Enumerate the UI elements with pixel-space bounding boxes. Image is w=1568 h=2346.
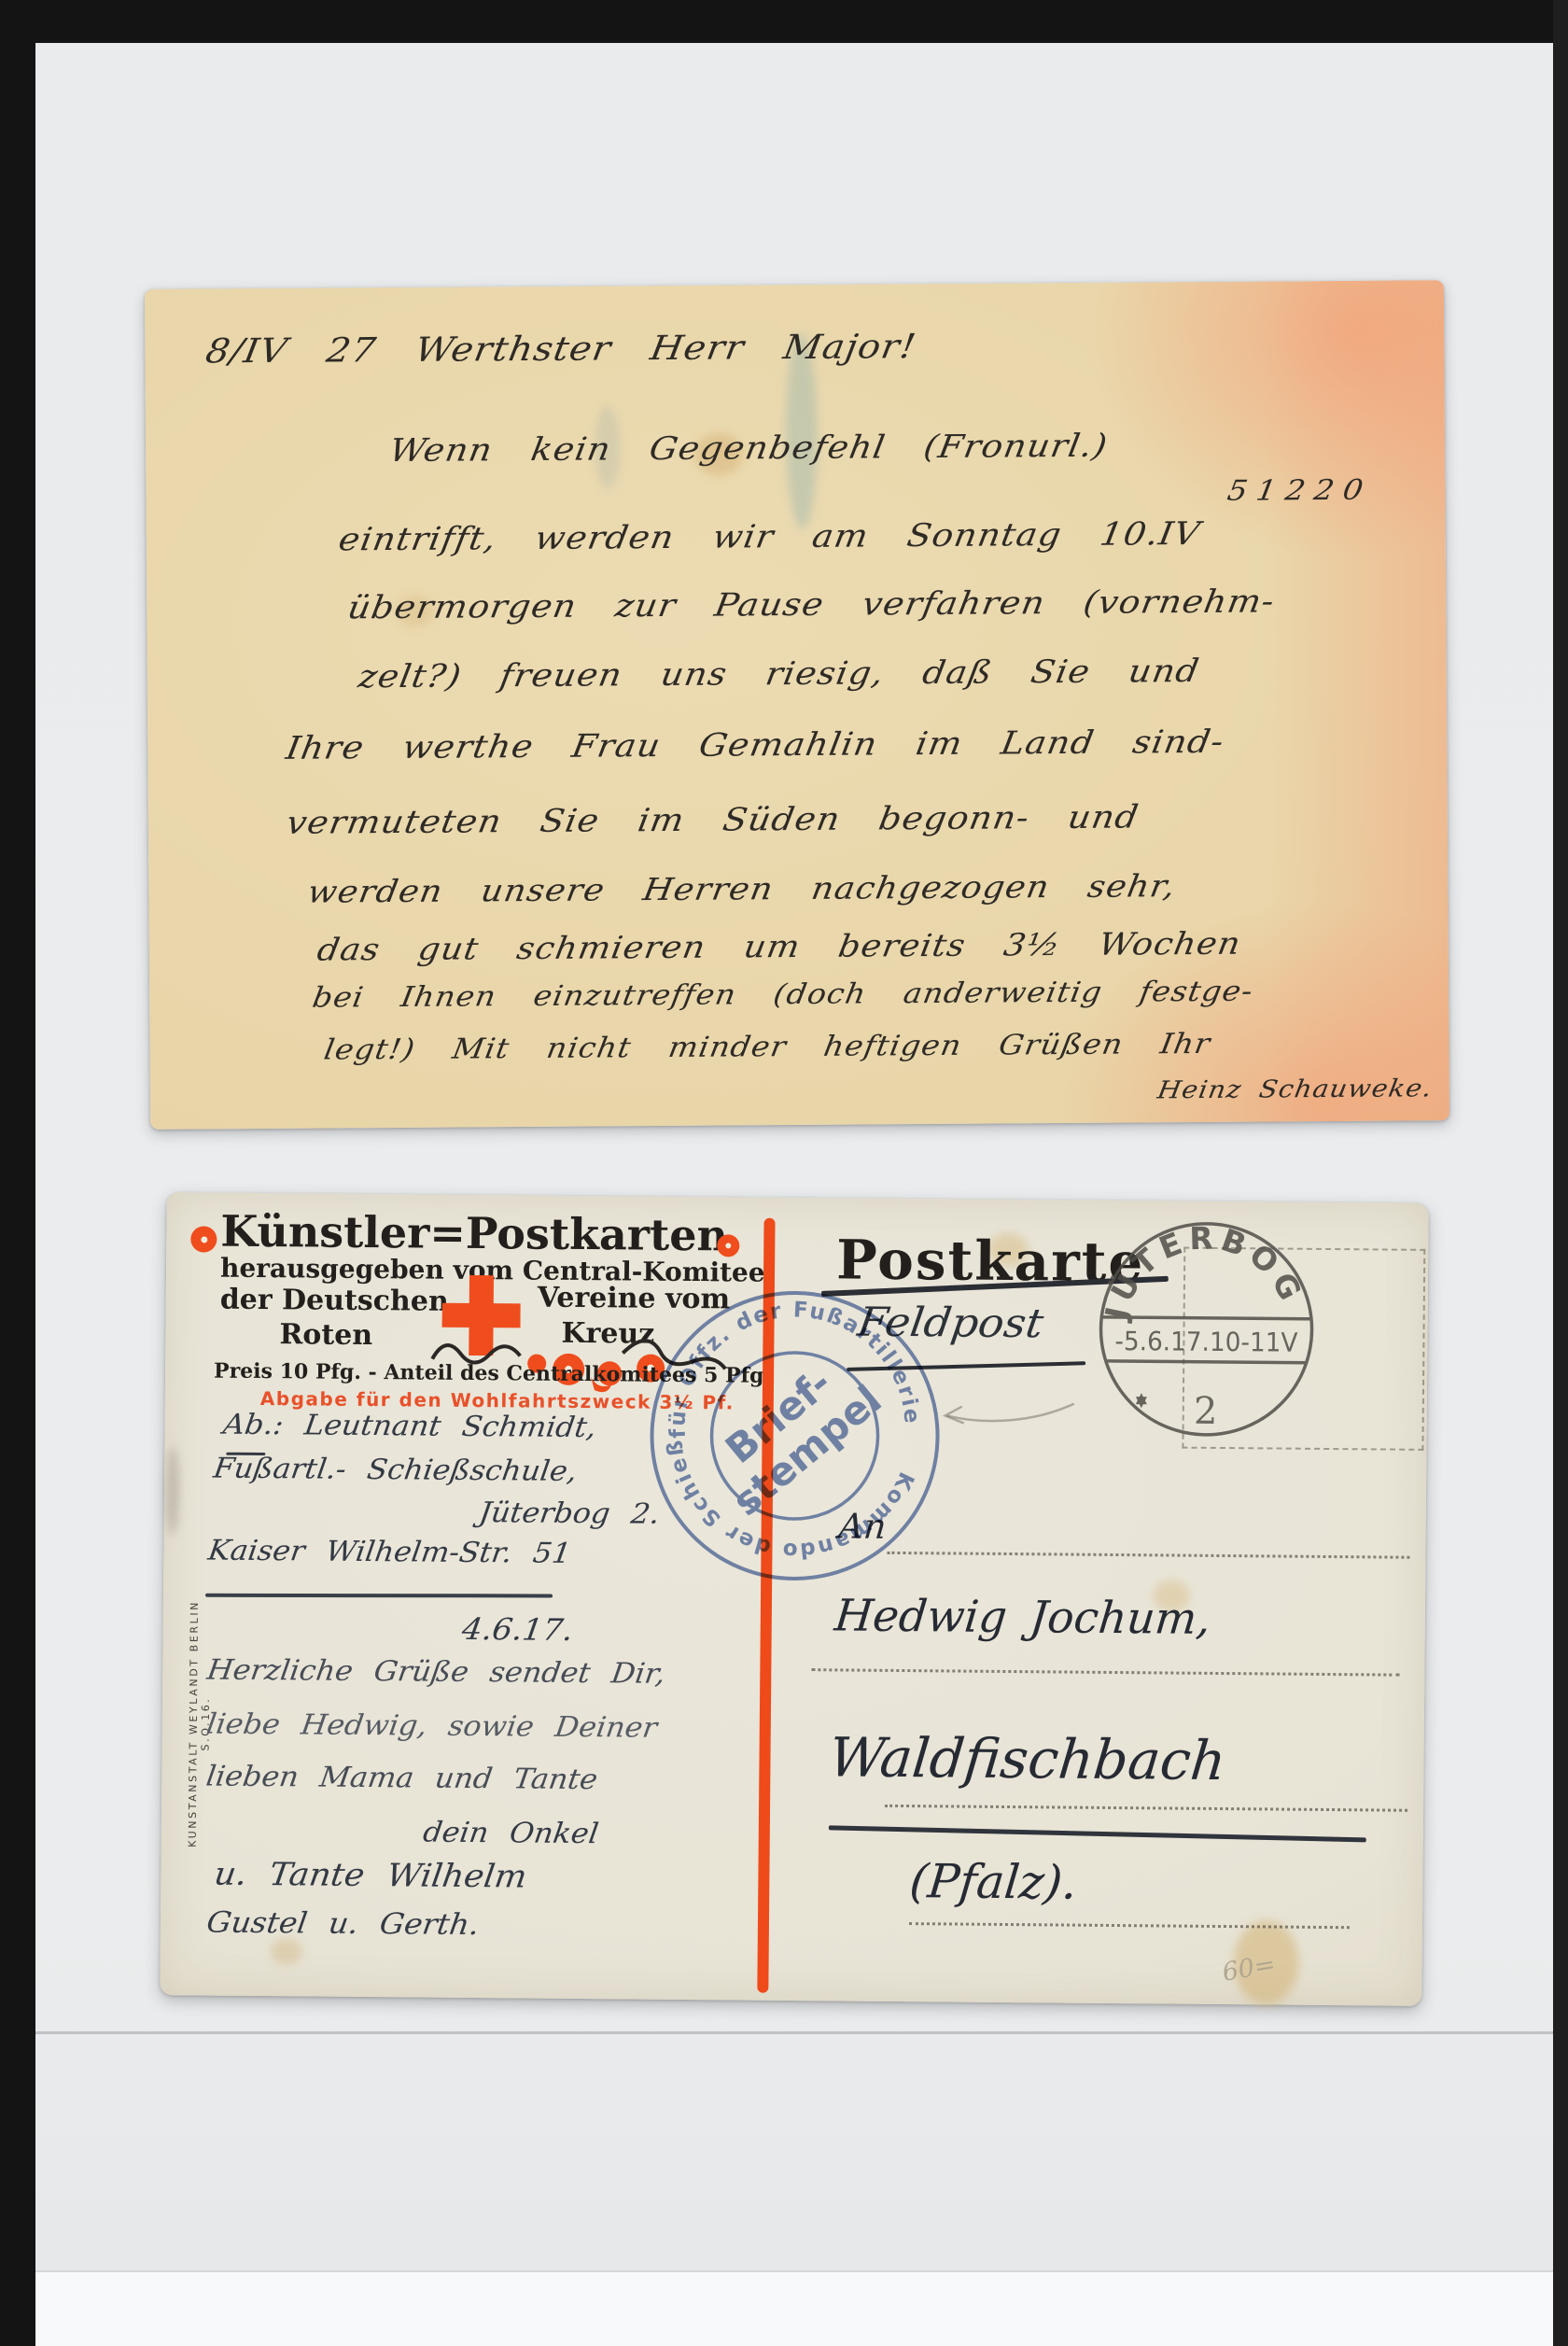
frame-left [0, 0, 35, 2346]
handwritten-line: 8/IV 27 Werthster Herr Major! [203, 328, 918, 371]
handwritten-line: werden unsere Herren nachgezogen sehr, [305, 867, 1179, 910]
rosette-icon [190, 1226, 217, 1252]
handwritten-line: eintrifft, werden wir am Sonntag 10.IV [336, 515, 1203, 558]
publisher-line: Roten [279, 1318, 372, 1352]
sender-line: Ab.: Leutnant Schmidt, [221, 1409, 598, 1444]
message-line: Gustel u. Gerth. [204, 1906, 482, 1943]
top-postcard: 8/IV 27 Werthster Herr Major! Wenn kein … [145, 280, 1449, 1130]
handwritten-line: vermuteten Sie im Süden begonn- und [284, 798, 1141, 841]
address-town: Waldfischbach [826, 1725, 1228, 1792]
postmark-town: JÜTERBOG [1098, 1218, 1312, 1326]
handwritten-line: Wenn kein Gegenbefehl (Fronurl.) [386, 428, 1111, 470]
bottom-postcard: Künstler=Postkarten herausgegeben vom Ce… [160, 1192, 1428, 2006]
edge-smudge [166, 1446, 180, 1536]
publisher-line: der Deutschen [220, 1284, 449, 1318]
pencil-arrow-icon [938, 1393, 1078, 1435]
address-dotted-line [811, 1668, 1399, 1676]
rule-stroke [205, 1594, 553, 1598]
briefstempel-stamp: für Offz. der Fußartillerie Kommando der… [634, 1275, 956, 1597]
postmark-date: -5.6.17.10-11V [1114, 1326, 1297, 1358]
message-date: 4.6.17. [460, 1611, 576, 1648]
postmark-number: 2 [1194, 1390, 1218, 1433]
sender-line: Fußartl.- Schießschule, [211, 1453, 579, 1488]
printer-imprint: KUNSTANSTALT WEYLANDT BERLIN S.O.16. [186, 1579, 202, 1868]
sender-line: Kaiser Wilhelm-Str. 51 [206, 1535, 573, 1570]
address-region: (Pfalz). [907, 1854, 1080, 1910]
message-line: dein Onkel [421, 1817, 600, 1851]
message-line: liebe Hedwig, sowie Deiner [204, 1708, 659, 1745]
address-underline [829, 1825, 1366, 1842]
page-seam [35, 2031, 1553, 2034]
address-name: Hedwig Jochum, [833, 1590, 1213, 1644]
handwritten-line: das gut schmieren um bereits 3½ Wochen [315, 925, 1244, 968]
address-dotted-line [909, 1922, 1350, 1929]
message-line: lieben Mama und Tante [204, 1761, 600, 1797]
paper-stain [271, 1938, 302, 1964]
postmark-stamp: JÜTERBOG -5.6.17.10-11V 2 [1083, 1206, 1329, 1453]
address-dotted-line [885, 1805, 1407, 1812]
handwritten-line: übermorgen zur Pause verfahren (vornehm- [344, 583, 1278, 626]
rosette-icon [717, 1234, 739, 1257]
handwritten-line: legt!) Mit nicht minder heftigen Grüßen … [322, 1028, 1213, 1067]
handwritten-line: Ihre werthe Frau Gemahlin im Land sind- [283, 723, 1226, 767]
handwritten-line: bei Ihnen einzutreffen (doch anderweitig… [310, 976, 1255, 1015]
frame-right [1553, 0, 1568, 2346]
message-line: Herzliche Grüße sendet Dir, [205, 1654, 667, 1691]
handwritten-line: zelt?) freuen uns riesig, daß Sie und [356, 653, 1202, 695]
frame-top [0, 0, 1568, 43]
message-line: u. Tante Wilhelm [212, 1856, 529, 1896]
scanned-album-page: 8/IV 27 Werthster Herr Major! Wenn kein … [0, 0, 1568, 2346]
signature: Heinz Schauweke. [1155, 1075, 1435, 1104]
field-post-number: 51220 [1225, 474, 1374, 508]
page-bottom-band [35, 2270, 1553, 2346]
address-dotted-line [887, 1552, 1409, 1559]
svg-text:JÜTERBOG: JÜTERBOG [1098, 1218, 1312, 1326]
